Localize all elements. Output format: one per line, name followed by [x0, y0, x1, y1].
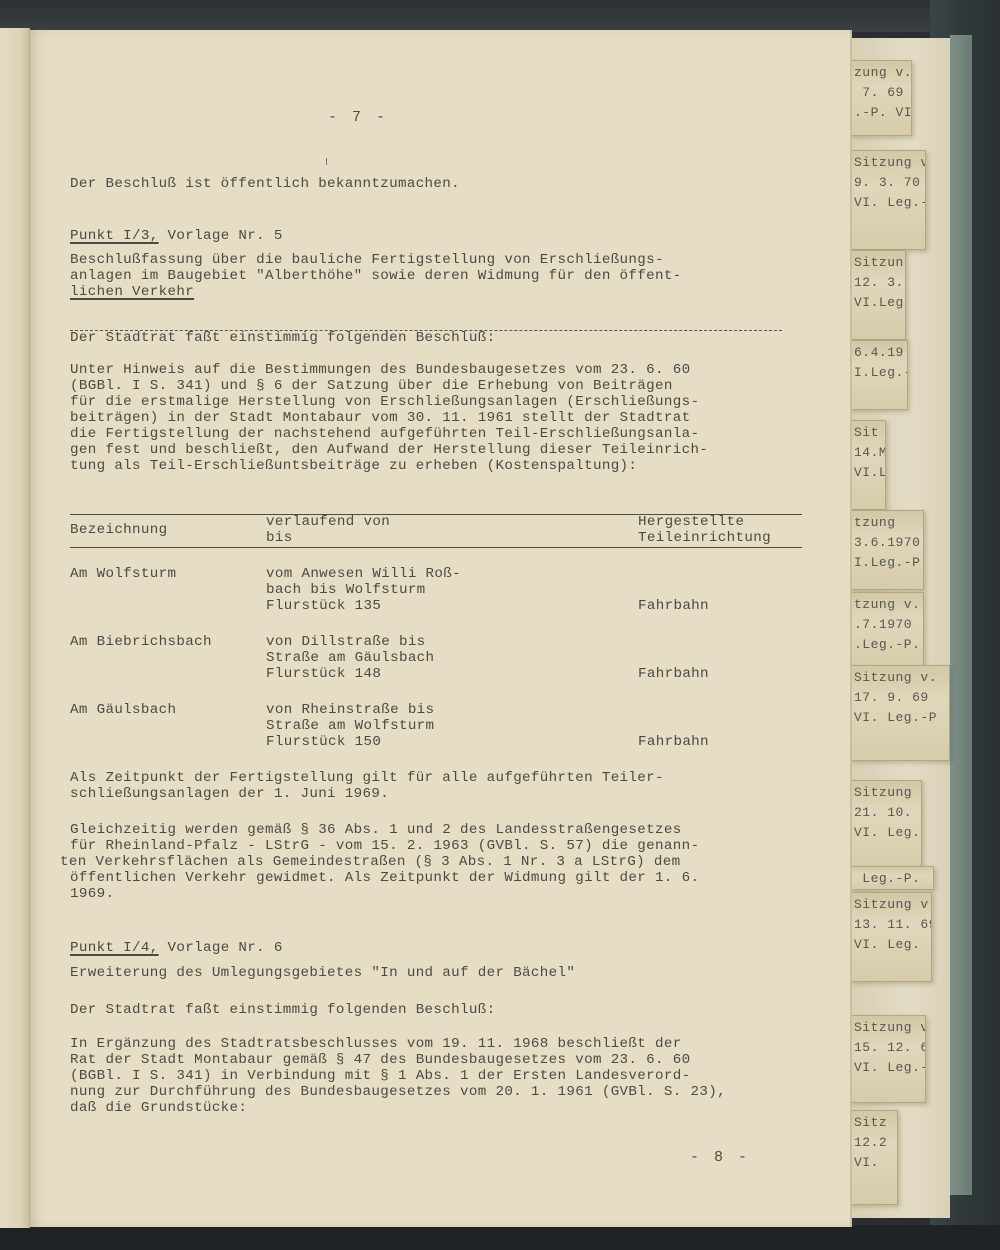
body-line: die Fertigstellung der nachstehend aufge… [70, 426, 699, 442]
row-route: Straße am Gäulsbach [266, 650, 434, 666]
section-title: Erweiterung des Umlegungsgebietes "In un… [70, 965, 575, 981]
index-tab[interactable]: Sitzun 12. 3. VI.Leg [850, 250, 906, 340]
page-number-bottom: - 8 - [690, 1150, 750, 1166]
dedication-line: ten Verkehrsflächen als Gemeindestraßen … [60, 854, 680, 870]
row-route: von Rheinstraße bis [266, 702, 434, 718]
index-tab[interactable]: Sit 14.M VI.Le [850, 420, 886, 510]
index-tab[interactable]: Sitz 12.2 VI. [850, 1110, 898, 1205]
table-header-facility: Teileinrichtung [638, 530, 771, 546]
row-name: Am Gäulsbach [70, 702, 176, 718]
row-route: von Dillstraße bis [266, 634, 426, 650]
dedication-line: für Rheinland-Pfalz - LStrG - vom 15. 2.… [70, 838, 699, 854]
body-line: (BGBl. I S. 341) und § 6 der Satzung übe… [70, 378, 673, 394]
dedication-line: 1969. [70, 886, 114, 902]
body-line: beiträgen) in der Stadt Montabaur vom 30… [70, 410, 690, 426]
body-line: gen fest und beschließt, den Aufwand der… [70, 442, 708, 458]
section-label: Punkt I/3, [70, 228, 159, 244]
section-vorlage: Vorlage Nr. 6 [159, 940, 283, 956]
binder-cover-top [0, 0, 1000, 32]
decision-intro: Der Stadtrat faßt einstimmig folgenden B… [70, 330, 495, 346]
section-title-line: lichen Verkehr [70, 284, 194, 300]
table-header-facility: Hergestellte [638, 514, 744, 530]
row-facility: Fahrbahn [638, 598, 709, 614]
row-route: Flurstück 150 [266, 734, 381, 750]
index-tab-stack: zung v. 7. 69 .-P. VI Sitzung v. 9. 3. 7… [850, 40, 950, 1220]
section-label: Punkt I/4, [70, 940, 159, 956]
index-tab[interactable]: Sitzung 21. 10. VI. Leg. [850, 780, 922, 872]
index-tab[interactable]: 6.4.19 I.Leg.- [850, 340, 908, 410]
body-line: (BGBl. I S. 341) in Verbindung mit § 1 A… [70, 1068, 690, 1084]
body-line: In Ergänzung des Stadtratsbeschlusses vo… [70, 1036, 682, 1052]
row-facility: Fahrbahn [638, 734, 709, 750]
row-route: vom Anwesen Willi Roß- [266, 566, 461, 582]
row-route: Flurstück 148 [266, 666, 381, 682]
table-header-route: verlaufend von [266, 514, 390, 530]
index-tab[interactable]: Sitzung v. 9. 3. 70 VI. Leg.-P [850, 150, 926, 250]
binder-cover-bottom [0, 1225, 1000, 1250]
body-line: nung zur Durchführung des Bundesbaugeset… [70, 1084, 726, 1100]
table-header-name: Bezeichnung [70, 522, 168, 538]
row-facility: Fahrbahn [638, 666, 709, 682]
index-tab[interactable]: Sitzung v. 15. 12. 69 VI. Leg.-P. [850, 1015, 926, 1103]
dedication-line: Gleichzeitig werden gemäß § 36 Abs. 1 un… [70, 822, 682, 838]
row-route: Straße am Wolfsturm [266, 718, 434, 734]
page-number-top: - 7 - [328, 110, 388, 126]
decision-intro: Der Stadtrat faßt einstimmig folgenden B… [70, 1002, 495, 1018]
table-header-route: bis [266, 530, 293, 546]
index-tab[interactable]: zung v. 7. 69 .-P. VI [850, 60, 912, 136]
pencil-mark [326, 158, 327, 165]
index-tab[interactable]: tzung 3.6.1970 I.Leg.-P. [850, 510, 924, 590]
body-line: für die erstmalige Herstellung von Ersch… [70, 394, 699, 410]
section-title-line: Beschlußfassung über die bauliche Fertig… [70, 252, 664, 268]
completion-line: Als Zeitpunkt der Fertigstellung gilt fü… [70, 770, 664, 786]
section-vorlage: Vorlage Nr. 5 [159, 228, 283, 244]
body-line: Rat der Stadt Montabaur gemäß § 47 des B… [70, 1052, 690, 1068]
index-tab[interactable]: tzung v. .7.1970 .Leg.-P. [850, 592, 924, 670]
row-name: Am Biebrichsbach [70, 634, 212, 650]
body-line: tung als Teil-Erschließuntsbeiträge zu e… [70, 458, 637, 474]
row-name: Am Wolfsturm [70, 566, 176, 582]
completion-line: schließungsanlagen der 1. Juni 1969. [70, 786, 389, 802]
section-heading-1: Punkt I/3, Vorlage Nr. 5 [70, 228, 283, 244]
row-route: bach bis Wolfsturm [266, 582, 426, 598]
section-heading-2: Punkt I/4, Vorlage Nr. 6 [70, 940, 283, 956]
body-line: daß die Grundstücke: [70, 1100, 247, 1116]
document-page: - 7 - Der Beschluß ist öffentlich bekann… [30, 30, 852, 1227]
row-route: Flurstück 135 [266, 598, 381, 614]
dedication-line: öffentlichen Verkehr gewidmet. Als Zeitp… [70, 870, 699, 886]
index-tab[interactable]: Sitzung v. 13. 11. 69 VI. Leg. [850, 892, 932, 982]
binder-spine-strip [950, 35, 972, 1195]
intro-line: Der Beschluß ist öffentlich bekanntzumac… [70, 176, 460, 192]
index-tab[interactable]: Leg.-P. [850, 866, 934, 890]
index-tab[interactable]: Sitzung v. 17. 9. 69 VI. Leg.-P [850, 665, 950, 761]
body-line: Unter Hinweis auf die Bestimmungen des B… [70, 362, 690, 378]
table-header-rule [70, 547, 802, 548]
section-title-line: anlagen im Baugebiet "Alberthöhe" sowie … [70, 268, 682, 284]
previous-page-edge [0, 28, 30, 1228]
